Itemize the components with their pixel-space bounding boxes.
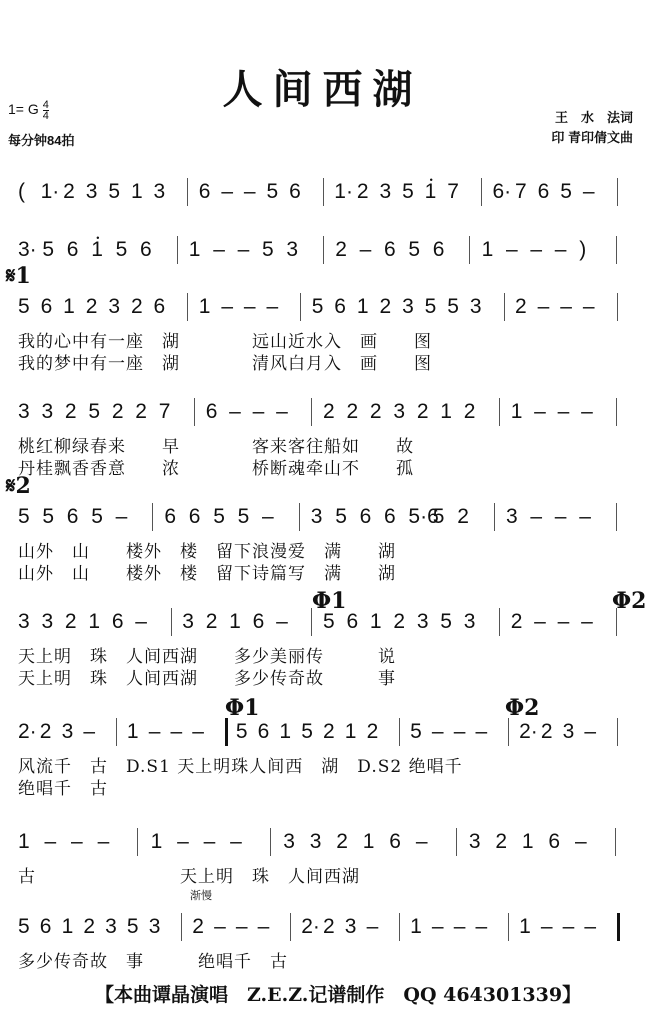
note: 5 <box>116 238 128 262</box>
key-signature: 1= G44 <box>8 100 49 121</box>
note: – <box>360 238 372 262</box>
note: 1 <box>279 720 291 744</box>
lyric-verse-2: 天上明 珠 人间西湖 多少传奇故 事 <box>18 664 396 689</box>
coda-sign-1-repeat: Φ1 <box>225 695 259 721</box>
note: – <box>584 915 596 939</box>
note: – <box>244 295 256 319</box>
note: 2 <box>541 720 553 744</box>
note: – <box>454 720 466 744</box>
note: – <box>192 720 204 744</box>
note: 6 <box>199 180 211 204</box>
note: – <box>149 720 161 744</box>
note: 5 <box>18 915 30 939</box>
lyric-verse-2: 我的梦中有一座 湖 清风白月入 画 图 <box>18 349 432 374</box>
barline <box>194 398 195 426</box>
note: – <box>538 295 550 319</box>
note: 2 <box>323 915 335 939</box>
barline <box>399 913 400 941</box>
note: 3 <box>417 610 429 634</box>
note: 2 <box>206 610 218 634</box>
note: 1 <box>18 830 30 854</box>
note: – <box>244 180 256 204</box>
barline <box>481 178 482 206</box>
note: 1 <box>357 295 369 319</box>
note: 5 <box>262 238 274 262</box>
note: – <box>584 720 596 744</box>
note: 1 <box>131 180 143 204</box>
coda-sign-1: Φ1 <box>312 588 346 614</box>
note: 6 <box>206 400 218 424</box>
barline <box>116 718 117 746</box>
note: 2 <box>515 295 527 319</box>
note: ( <box>18 180 25 204</box>
note: 6 <box>433 238 445 262</box>
note: 6 <box>346 610 358 634</box>
note: 5 <box>42 505 54 529</box>
note: 6 <box>289 180 301 204</box>
note: 5 <box>402 180 414 204</box>
note: – <box>276 400 288 424</box>
note: 2 <box>367 720 379 744</box>
note: – <box>579 505 591 529</box>
note: 5 <box>127 915 139 939</box>
note: 6 <box>360 505 372 529</box>
note: – <box>135 610 147 634</box>
note: 5 <box>238 505 250 529</box>
credits: 王 水 法词印 青印倩文曲 <box>551 108 633 148</box>
note: 2 <box>495 830 507 854</box>
note: 1 <box>345 720 357 744</box>
note: 1 <box>199 295 211 319</box>
note: 6 <box>189 505 201 529</box>
note: – <box>534 400 546 424</box>
lyric-verse-1: 古 天上明 珠 人间西湖 <box>18 862 360 887</box>
lyric-verse-2: 绝唱千 古 <box>18 774 108 799</box>
note: 2· <box>519 720 538 744</box>
note: – <box>367 915 379 939</box>
note: – <box>230 830 242 854</box>
note: 2· <box>18 720 37 744</box>
barline <box>617 178 618 206</box>
note: – <box>558 400 570 424</box>
barline <box>399 718 400 746</box>
note: 1· <box>334 180 353 204</box>
note: 6 <box>112 610 124 634</box>
song-title: 人间西湖 <box>0 58 645 115</box>
tempo: 每分钟84拍 <box>8 130 74 149</box>
note: 5 <box>88 400 100 424</box>
note: – <box>116 505 128 529</box>
note: 5 <box>108 180 120 204</box>
note: 5 <box>408 238 420 262</box>
note: 2 <box>357 180 369 204</box>
note: 3 <box>286 238 298 262</box>
barline <box>617 913 620 941</box>
note: 6 <box>164 505 176 529</box>
note: 1 <box>91 238 103 262</box>
note: 6 <box>384 238 396 262</box>
note: 1 <box>440 400 452 424</box>
note: 3 <box>41 400 53 424</box>
barline <box>270 828 271 856</box>
note: 2 <box>336 830 348 854</box>
note: 5 <box>18 295 30 319</box>
note: 6 <box>334 295 346 319</box>
note: 5 <box>267 180 279 204</box>
note: – <box>476 915 488 939</box>
lyric-verse-2: 山外 山 楼外 楼 留下诗篇写 满 湖 <box>18 559 396 584</box>
note: – <box>558 610 570 634</box>
note: – <box>575 830 587 854</box>
note: – <box>177 830 189 854</box>
barline <box>290 913 291 941</box>
note: 2· <box>301 915 320 939</box>
note: 3 <box>470 295 482 319</box>
note: – <box>267 295 279 319</box>
note: 3 <box>379 180 391 204</box>
note: 5 <box>18 505 30 529</box>
time-sig-bottom: 4 <box>43 110 49 121</box>
note: 2 <box>323 720 335 744</box>
note: 3 <box>469 830 481 854</box>
note: – <box>238 238 250 262</box>
note: – <box>204 830 216 854</box>
note: – <box>71 830 83 854</box>
note: 2 <box>131 295 143 319</box>
note: 2 <box>65 400 77 424</box>
note: 3 <box>149 915 161 939</box>
note: – <box>98 830 110 854</box>
barline <box>499 608 500 636</box>
note: – <box>432 915 444 939</box>
note: – <box>583 295 595 319</box>
note: 5 <box>301 720 313 744</box>
note: 1 <box>62 915 74 939</box>
note: 7 <box>515 180 527 204</box>
note: 3 <box>18 610 30 634</box>
note: 1 <box>363 830 375 854</box>
note: – <box>262 505 274 529</box>
note: 6 <box>41 295 53 319</box>
barline <box>311 398 312 426</box>
barline <box>187 178 188 206</box>
segno-sign: 𝄋1 <box>6 263 31 289</box>
note: – <box>276 610 288 634</box>
note: 3 <box>464 610 476 634</box>
coda-sign-2-repeat: Φ2 <box>505 695 539 721</box>
note: 6· <box>492 180 511 204</box>
note: 5 <box>335 505 347 529</box>
barline <box>171 608 172 636</box>
note: 2 <box>192 915 204 939</box>
note: 5 <box>447 295 459 319</box>
note: 7 <box>159 400 171 424</box>
note: 5 <box>440 610 452 634</box>
note: – <box>555 505 567 529</box>
barline <box>456 828 457 856</box>
barline <box>616 398 617 426</box>
note: 1 <box>425 180 437 204</box>
note: 3 <box>310 830 322 854</box>
note: 1 <box>127 720 139 744</box>
note: – <box>432 720 444 744</box>
note: 1 <box>519 915 531 939</box>
barline <box>494 503 495 531</box>
note: 1 <box>88 610 100 634</box>
note: 3 <box>345 915 357 939</box>
note: 2 <box>464 400 476 424</box>
barline <box>137 828 138 856</box>
note: – <box>454 915 466 939</box>
barline <box>469 236 470 264</box>
note: – <box>560 295 572 319</box>
note: 1 <box>189 238 201 262</box>
segno-sign: 𝄋2 <box>6 473 31 499</box>
note: 5 <box>42 238 54 262</box>
barline <box>616 503 617 531</box>
note: – <box>258 915 270 939</box>
note: 6 <box>384 505 396 529</box>
note: – <box>45 830 57 854</box>
note: – <box>583 180 595 204</box>
note: 2 <box>346 400 358 424</box>
note: 1 <box>482 238 494 262</box>
note: 5 <box>410 720 422 744</box>
note: – <box>581 610 593 634</box>
barline <box>300 293 301 321</box>
barline <box>187 293 188 321</box>
note: 5 <box>213 505 225 529</box>
note: 2 <box>135 400 147 424</box>
note: 3 <box>41 610 53 634</box>
note: – <box>506 238 518 262</box>
note: – <box>171 720 183 744</box>
note: 2 <box>379 295 391 319</box>
note: 1 <box>511 400 523 424</box>
barline <box>617 293 618 321</box>
note: – <box>563 915 575 939</box>
note: 2 <box>511 610 523 634</box>
note: 7 <box>447 180 459 204</box>
note: 6 <box>548 830 560 854</box>
note: – <box>229 400 241 424</box>
note: 2 <box>83 915 95 939</box>
note: 3 <box>283 830 295 854</box>
barline <box>616 236 617 264</box>
note: 2 <box>417 400 429 424</box>
note: 1 <box>63 295 75 319</box>
note: 3 <box>18 400 30 424</box>
note: 6 <box>67 238 79 262</box>
note: 5 <box>312 295 324 319</box>
note: – <box>236 915 248 939</box>
note: 1· <box>41 180 60 204</box>
note: 3 <box>563 720 575 744</box>
note: 5 <box>560 180 572 204</box>
note: 2 <box>393 610 405 634</box>
barline <box>615 828 616 856</box>
barline <box>323 236 324 264</box>
barline <box>617 718 618 746</box>
note: – <box>555 238 567 262</box>
coda-sign-2: Φ2 <box>612 588 645 614</box>
note: – <box>534 610 546 634</box>
note: 5 <box>433 505 445 529</box>
tempo-mark-rit: 渐慢 <box>190 887 212 903</box>
barline <box>299 503 300 531</box>
note: 3 <box>108 295 120 319</box>
note: 2 <box>65 610 77 634</box>
note: 2 <box>63 180 75 204</box>
note: 6 <box>140 238 152 262</box>
note: 6 <box>253 610 265 634</box>
note: 3 <box>182 610 194 634</box>
barline <box>508 913 509 941</box>
note: 3 <box>62 720 74 744</box>
note: 6 <box>40 915 52 939</box>
barline <box>323 178 324 206</box>
footer-credit: 【本曲谭晶演唱 Z.E.Z.记谱制作 QQ 464301339】 <box>95 980 581 1007</box>
note: 6 <box>389 830 401 854</box>
note: – <box>83 720 95 744</box>
barline <box>499 398 500 426</box>
note: 3 <box>105 915 117 939</box>
note: ) <box>579 238 586 262</box>
note: – <box>213 238 225 262</box>
note: 1 <box>151 830 163 854</box>
note: 1 <box>229 610 241 634</box>
note: 3 <box>86 180 98 204</box>
key-text: 1= G <box>8 101 39 117</box>
note: 2 <box>370 400 382 424</box>
note: 1 <box>410 915 422 939</box>
note: – <box>416 830 428 854</box>
barline <box>508 718 509 746</box>
lyric-verse-1: 多少传奇故 事 绝唱千 古 <box>18 947 288 972</box>
note: – <box>541 915 553 939</box>
note: 3 <box>311 505 323 529</box>
note: – <box>530 505 542 529</box>
note: 3 <box>506 505 518 529</box>
barline <box>181 913 182 941</box>
note: 3· <box>18 238 37 262</box>
lyricist: 王 水 法词 <box>551 108 633 128</box>
note: – <box>221 295 233 319</box>
note: 2 <box>40 720 52 744</box>
note: 5 <box>236 720 248 744</box>
time-signature: 44 <box>43 100 49 121</box>
note: 2 <box>112 400 124 424</box>
barline <box>504 293 505 321</box>
composer: 印 青印倩文曲 <box>551 128 633 148</box>
note: – <box>221 180 233 204</box>
note: 6 <box>538 180 550 204</box>
note: 6 <box>67 505 79 529</box>
note: 3 <box>154 180 166 204</box>
note: – <box>214 915 226 939</box>
note: 2 <box>86 295 98 319</box>
note: – <box>581 400 593 424</box>
note: 3 <box>402 295 414 319</box>
lyric-verse-2: 丹桂飘香香意 浓 桥断魂牵山不 孤 <box>18 454 414 479</box>
barline <box>177 236 178 264</box>
note: – <box>530 238 542 262</box>
note: 2 <box>335 238 347 262</box>
note: 2 <box>457 505 469 529</box>
note: 2 <box>323 400 335 424</box>
note: 6 <box>258 720 270 744</box>
note: 1 <box>522 830 534 854</box>
note: 3 <box>393 400 405 424</box>
barline <box>152 503 153 531</box>
note: – <box>253 400 265 424</box>
time-sig-top: 4 <box>43 100 49 110</box>
note: – <box>476 720 488 744</box>
barline <box>225 718 228 746</box>
note: 5 <box>425 295 437 319</box>
note: 1 <box>370 610 382 634</box>
note: 5 <box>91 505 103 529</box>
note: 6 <box>154 295 166 319</box>
